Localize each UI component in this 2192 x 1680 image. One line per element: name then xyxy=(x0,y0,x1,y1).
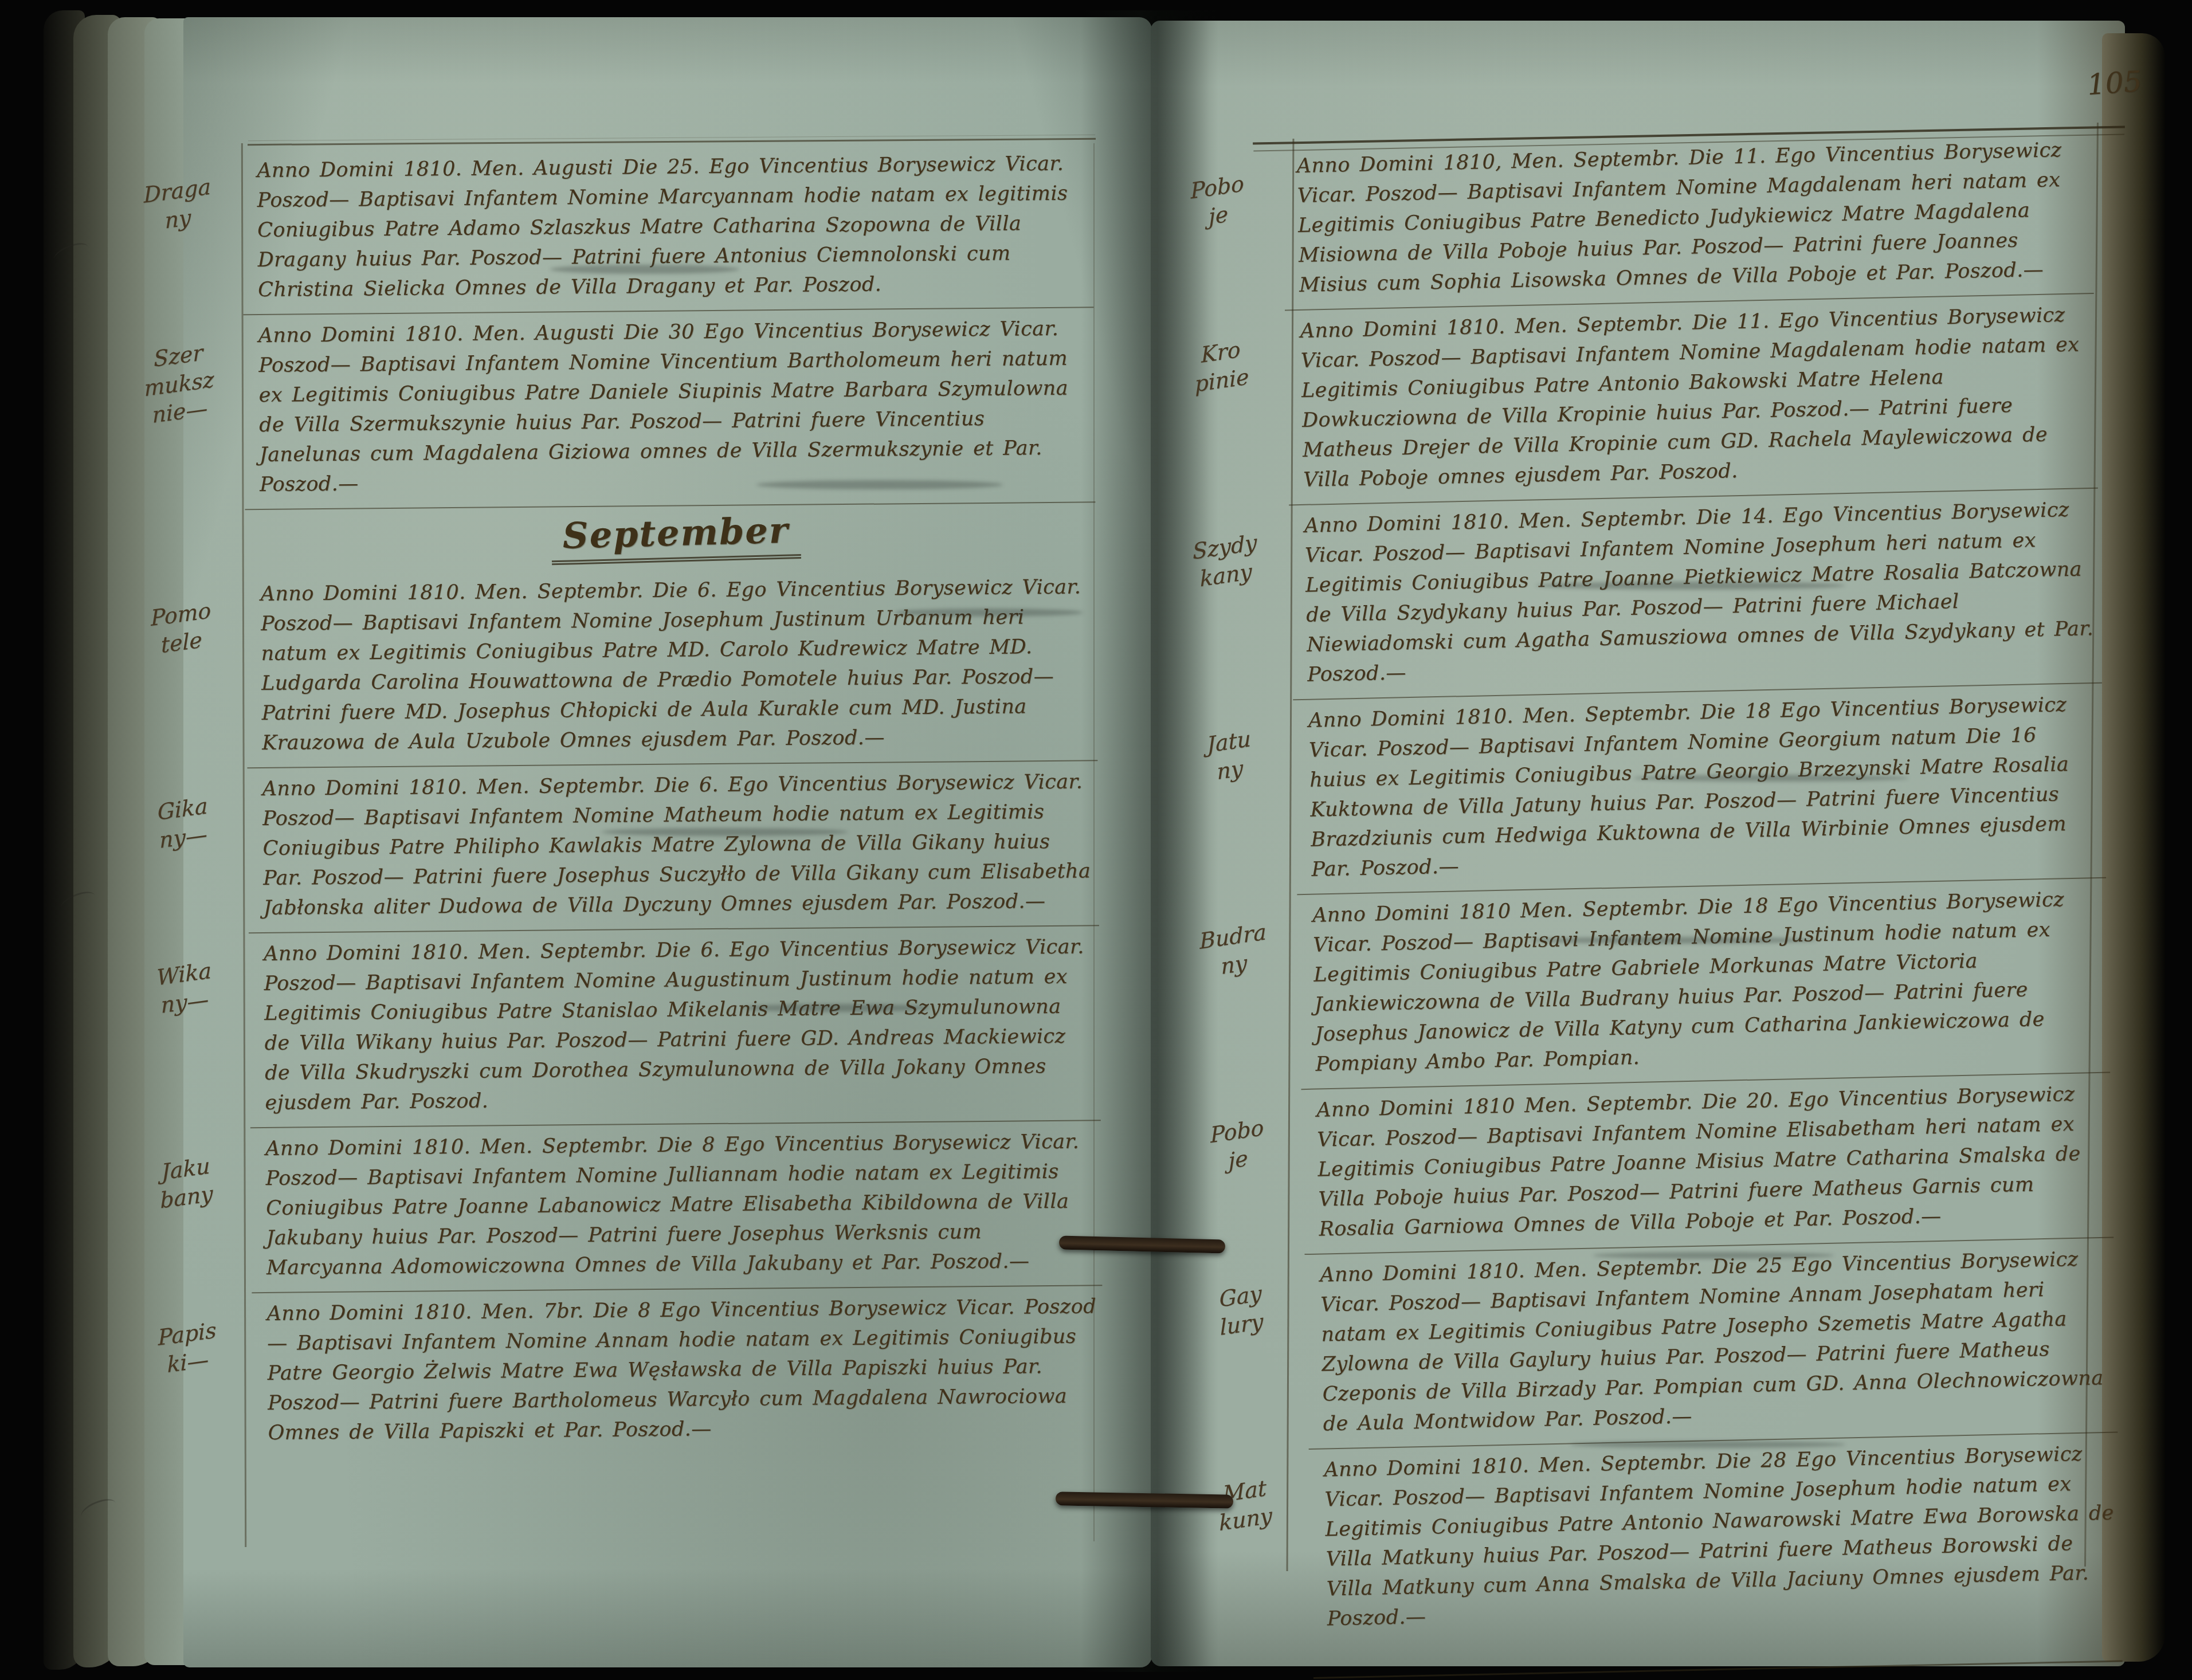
baptism-record-entry: Szydy kanyAnno Domini 1810. Men. Septemb… xyxy=(1304,489,2097,700)
entry-handwritten-text: Anno Domini 1810. Men. Septembr. Die 6. … xyxy=(261,572,1093,758)
scanned-register-spread: 105 Draga nyAnno Domini 1810. Men. Augus… xyxy=(0,0,2192,1680)
entry-handwritten-text: Anno Domini 1810. Men. Septembr. Die 18 … xyxy=(1308,689,2101,885)
right-page-entries: Pobo jeAnno Domini 1810, Men. Septembr. … xyxy=(1296,129,2117,1644)
baptism-record-entry: Gay luryAnno Domini 1810. Men. Septembr.… xyxy=(1320,1238,2113,1450)
baptism-record-entry: Pomo teleAnno Domini 1810. Men. Septembr… xyxy=(260,566,1093,768)
entry-handwritten-text: Anno Domini 1810, Men. Septembr. Die 11.… xyxy=(1296,135,2089,300)
baptism-record-entry: Draga nyAnno Domini 1810. Men. Augusti D… xyxy=(257,143,1089,315)
baptism-record-entry: Kro pinieAnno Domini 1810. Men. Septembr… xyxy=(1300,294,2093,505)
baptism-record-entry: Pobo jeAnno Domini 1810 Men. Septembr. D… xyxy=(1316,1073,2109,1255)
graphite-smudge xyxy=(1593,1252,1834,1259)
graphite-smudge xyxy=(1536,582,1845,590)
graphite-smudge xyxy=(1530,937,1817,944)
month-section-header: September xyxy=(550,509,801,565)
folio-page-number: 105 xyxy=(2086,65,2143,102)
entry-handwritten-text: Anno Domini 1810. Men. Septembr. Die 28 … xyxy=(1324,1439,2117,1634)
entry-handwritten-text: Anno Domini 1810 Men. Septembr. Die 20. … xyxy=(1316,1079,2109,1245)
graphite-smudge xyxy=(550,265,739,274)
baptism-record-entry: Szer muksz nie—Anno Domini 1810. Men. Au… xyxy=(258,308,1091,510)
graphite-smudge xyxy=(742,1004,931,1012)
entry-handwritten-text: Anno Domini 1810 Men. Septembr. Die 18 E… xyxy=(1312,884,2105,1080)
entry-handwritten-text: Anno Domini 1810. Men. Septembr. Die 6. … xyxy=(262,767,1095,923)
entry-handwritten-text: Anno Domini 1810. Men. 7br. Die 8 Ego Vi… xyxy=(266,1292,1099,1448)
baptism-record-entry: Mat kunyAnno Domini 1810. Men. Septembr.… xyxy=(1324,1433,2118,1644)
baptism-record-entry: Pobo jeAnno Domini 1810, Men. Septembr. … xyxy=(1296,129,2089,311)
left-page-entries: Draga nyAnno Domini 1810. Men. Augusti D… xyxy=(257,143,1099,1458)
entry-handwritten-text: Anno Domini 1810. Men. Septembr. Die 25 … xyxy=(1320,1244,2113,1439)
graphite-smudge xyxy=(894,609,1083,617)
entry-handwritten-text: Anno Domini 1810. Men. Septembr. Die 14.… xyxy=(1304,494,2097,690)
book-gutter-shadow xyxy=(1081,10,1218,1672)
graphite-smudge xyxy=(1633,775,1908,782)
entry-handwritten-text: Anno Domini 1810. Men. Septembr. Die 8 E… xyxy=(265,1126,1097,1283)
entry-handwritten-text: Anno Domini 1810. Men. Septembr. Die 6. … xyxy=(264,932,1096,1118)
baptism-record-entry: Jatu nyAnno Domini 1810. Men. Septembr. … xyxy=(1308,684,2101,895)
graphite-smudge xyxy=(602,828,848,836)
baptism-record-entry: Gika ny—Anno Domini 1810. Men. Septembr.… xyxy=(262,761,1094,933)
baptism-record-entry: Papis ki—Anno Domini 1810. Men. 7br. Die… xyxy=(266,1286,1099,1458)
margin-village-label: Szer muksz nie— xyxy=(114,333,245,434)
entry-handwritten-text: Anno Domini 1810. Men. Septembr. Die 11.… xyxy=(1300,300,2093,495)
graphite-smudge xyxy=(1570,1441,1845,1448)
baptism-record-entry: Budra nyAnno Domini 1810 Men. Septembr. … xyxy=(1312,878,2105,1090)
entry-handwritten-text: Anno Domini 1810. Men. Augusti Die 30 Eg… xyxy=(258,313,1091,500)
baptism-record-entry: Wika ny—Anno Domini 1810. Men. Septembr.… xyxy=(264,926,1096,1128)
graphite-smudge xyxy=(756,480,1003,489)
baptism-record-entry: Jaku banyAnno Domini 1810. Men. Septembr… xyxy=(265,1121,1097,1293)
entry-handwritten-text: Anno Domini 1810. Men. Augusti Die 25. E… xyxy=(257,148,1089,305)
